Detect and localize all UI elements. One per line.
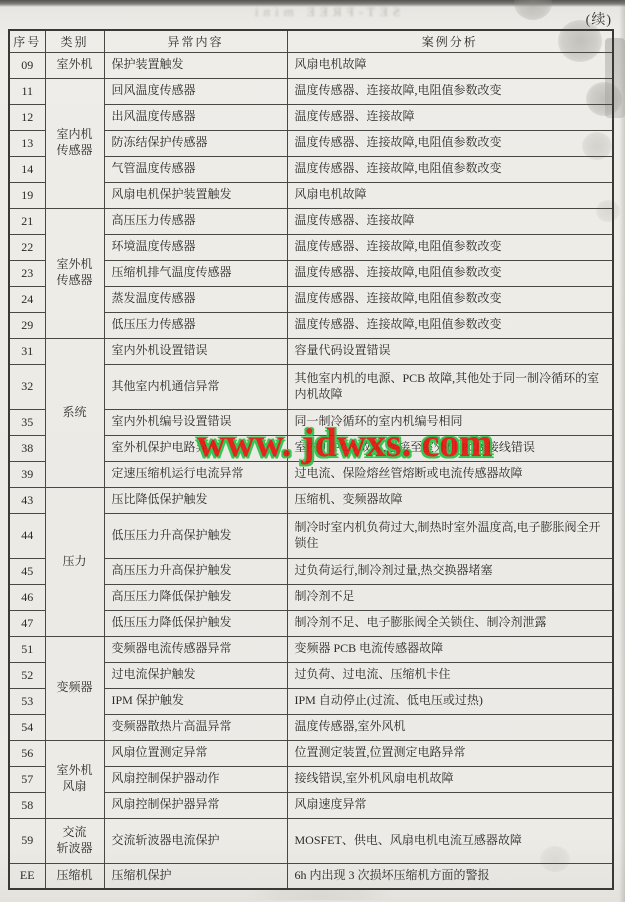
cell-code: 13 (9, 130, 45, 156)
cell-category: 变频器 (45, 636, 104, 740)
table-row: 21 室外机 传感器 高压压力传感器 温度传感器、连接故障 (9, 208, 613, 234)
cell-code: 52 (9, 662, 45, 688)
cell-analysis: 6h 内出现 3 次损坏压缩机方面的警报 (287, 863, 613, 889)
cell-code: 32 (9, 364, 45, 409)
cell-code: 46 (9, 584, 45, 610)
cell-code: 31 (9, 338, 45, 364)
cell-content: 风扇控制保护器异常 (104, 792, 287, 818)
cell-category: 室外机 传感器 (45, 208, 104, 338)
cell-analysis: 温度传感器、连接故障,电阻值参数改变 (287, 78, 613, 104)
cell-code: 11 (9, 78, 45, 104)
cell-code: 47 (9, 610, 45, 636)
cell-analysis: 风扇电机故障 (287, 182, 613, 208)
cell-analysis: 过电流、保险熔丝管熔断或电流传感器故障 (287, 461, 613, 487)
cell-code: 14 (9, 156, 45, 182)
table-row: 43 压力 压比降低保护触发 压缩机、变频器故障 (9, 487, 613, 513)
table-row: 56 室外机 风扇 风扇位置测定异常 位置测定装置,位置测定电路异常 (9, 740, 613, 766)
cell-content: 低压压力升高保护触发 (104, 513, 287, 558)
header-analysis: 案例分析 (287, 30, 613, 52)
cell-content: 压缩机保护 (104, 863, 287, 889)
cell-analysis: 容量代码设置错误 (287, 338, 613, 364)
table-row: EE 压缩机 压缩机保护 6h 内出现 3 次损坏压缩机方面的警报 (9, 863, 613, 889)
table-row: 09 室外机 保护装置触发 风扇电机故障 (9, 52, 613, 78)
cell-analysis: 温度传感器、连接故障 (287, 104, 613, 130)
cell-content: 室外机保护电路异常 (104, 435, 287, 461)
cell-category: 系统 (45, 338, 104, 487)
cell-analysis: MOSFET、供电、风扇电机电流互感器故障 (287, 818, 613, 863)
cell-analysis: 过负荷、过电流、压缩机卡住 (287, 662, 613, 688)
cell-code: 21 (9, 208, 45, 234)
cell-content: 其他室内机通信异常 (104, 364, 287, 409)
cell-analysis: 风扇电机故障 (287, 52, 613, 78)
cell-code: 44 (9, 513, 45, 558)
cell-content: 低压压力传感器 (104, 312, 287, 338)
table-row: 51 变频器 变频器电流传感器异常 变频器 PCB 电流传感器故障 (9, 636, 613, 662)
cell-content: 蒸发温度传感器 (104, 286, 287, 312)
cell-analysis: 温度传感器、连接故障,电阻值参数改变 (287, 260, 613, 286)
cell-analysis: 温度传感器、连接故障,电阻值参数改变 (287, 156, 613, 182)
table-row: 59 交流 斩波器 交流斩波器电流保护 MOSFET、供电、风扇电机电流互感器故… (9, 818, 613, 863)
cell-content: 高压压力升高保护触发 (104, 558, 287, 584)
cell-analysis: 其他室内机的电源、PCB 故障,其他处于同一制冷循环的室内机故障 (287, 364, 613, 409)
cell-content: 高压压力降低保护触发 (104, 584, 287, 610)
cell-content: 变频器散热片高温异常 (104, 714, 287, 740)
cell-content: 出风温度传感器 (104, 104, 287, 130)
cell-code: 35 (9, 409, 45, 435)
cell-code: 24 (9, 286, 45, 312)
cell-code: 43 (9, 487, 45, 513)
cell-analysis: 温度传感器、连接故障,电阻值参数改变 (287, 234, 613, 260)
cell-content: 保护装置触发 (104, 52, 287, 78)
cell-analysis: 风扇速度异常 (287, 792, 613, 818)
cell-analysis: 温度传感器、连接故障,电阻值参数改变 (287, 312, 613, 338)
cell-content: 风扇电机保护装置触发 (104, 182, 287, 208)
cell-code: 54 (9, 714, 45, 740)
cell-code: 53 (9, 688, 45, 714)
cell-analysis: 制冷剂不足 (287, 584, 613, 610)
cell-content: 过电流保护触发 (104, 662, 287, 688)
fault-code-table: 序号 类别 异常内容 案例分析 09 室外机 保护装置触发 风扇电机故障 11 … (8, 29, 614, 890)
header-code: 序号 (9, 30, 45, 52)
cell-content: 防冻结保护传感器 (104, 130, 287, 156)
cell-content: 定速压缩机运行电流异常 (104, 461, 287, 487)
scanned-page: SET-FREE mini (续) 序号 类别 异常内容 案例分析 09 室外机… (0, 0, 625, 902)
cell-code: 38 (9, 435, 45, 461)
cell-code: 09 (9, 52, 45, 78)
cell-category: 压缩机 (45, 863, 104, 889)
cell-code: 57 (9, 766, 45, 792)
cell-analysis: 同一制冷循环的室内机编号相同 (287, 409, 613, 435)
cell-content: 变频器电流传感器异常 (104, 636, 287, 662)
cell-content: 高压压力传感器 (104, 208, 287, 234)
cell-analysis: 压缩机、变频器故障 (287, 487, 613, 513)
cell-content: 室内外机编号设置错误 (104, 409, 287, 435)
cell-analysis: 温度传感器,室外风机 (287, 714, 613, 740)
header-content: 异常内容 (104, 30, 287, 52)
table-header-row: 序号 类别 异常内容 案例分析 (9, 30, 613, 52)
cell-code: EE (9, 863, 45, 889)
table-row: 11 室内机 传感器 回风温度传感器 温度传感器、连接故障,电阻值参数改变 (9, 78, 613, 104)
cell-analysis: 接线错误,室外机风扇电机故障 (287, 766, 613, 792)
cell-analysis: 室内机 PCB 故障,连接至室外机 PCB 接线错误 (287, 435, 613, 461)
table-row: 31 系统 室内外机设置错误 容量代码设置错误 (9, 338, 613, 364)
cell-content: 风扇位置测定异常 (104, 740, 287, 766)
cell-analysis: 制冷剂不足、电子膨胀阀全关锁住、制冷剂泄露 (287, 610, 613, 636)
cell-content: 室内外机设置错误 (104, 338, 287, 364)
header-category: 类别 (45, 30, 104, 52)
cell-analysis: 变频器 PCB 电流传感器故障 (287, 636, 613, 662)
cell-content: 压比降低保护触发 (104, 487, 287, 513)
cell-analysis: 位置测定装置,位置测定电路异常 (287, 740, 613, 766)
cell-content: 压缩机排气温度传感器 (104, 260, 287, 286)
cell-content: IPM 保护触发 (104, 688, 287, 714)
cell-content: 交流斩波器电流保护 (104, 818, 287, 863)
bleed-through-ghost-text: SET-FREE mini (105, 4, 545, 22)
cell-category: 压力 (45, 487, 104, 636)
cell-content: 低压压力降低保护触发 (104, 610, 287, 636)
cell-analysis: 过负荷运行,制冷剂过量,热交换器堵塞 (287, 558, 613, 584)
cell-content: 气管温度传感器 (104, 156, 287, 182)
cell-analysis: IPM 自动停止(过流、低电压或过热) (287, 688, 613, 714)
cell-code: 29 (9, 312, 45, 338)
cell-category: 室外机 风扇 (45, 740, 104, 818)
cell-code: 39 (9, 461, 45, 487)
cell-code: 22 (9, 234, 45, 260)
cell-code: 58 (9, 792, 45, 818)
cell-category: 室内机 传感器 (45, 78, 104, 208)
cell-analysis: 温度传感器、连接故障 (287, 208, 613, 234)
cell-content: 环境温度传感器 (104, 234, 287, 260)
cell-analysis: 温度传感器、连接故障,电阻值参数改变 (287, 286, 613, 312)
cell-category: 交流 斩波器 (45, 818, 104, 863)
cell-code: 19 (9, 182, 45, 208)
cell-code: 23 (9, 260, 45, 286)
cell-code: 59 (9, 818, 45, 863)
scan-right-edge-shadow (619, 0, 625, 902)
cell-content: 风扇控制保护器动作 (104, 766, 287, 792)
cell-code: 45 (9, 558, 45, 584)
cell-content: 回风温度传感器 (104, 78, 287, 104)
cell-category: 室外机 (45, 52, 104, 78)
cell-code: 56 (9, 740, 45, 766)
cell-analysis: 温度传感器、连接故障,电阻值参数改变 (287, 130, 613, 156)
cell-analysis: 制冷时室内机负荷过大,制热时室外温度高,电子膨胀阀全开锁住 (287, 513, 613, 558)
cell-code: 51 (9, 636, 45, 662)
cell-code: 12 (9, 104, 45, 130)
